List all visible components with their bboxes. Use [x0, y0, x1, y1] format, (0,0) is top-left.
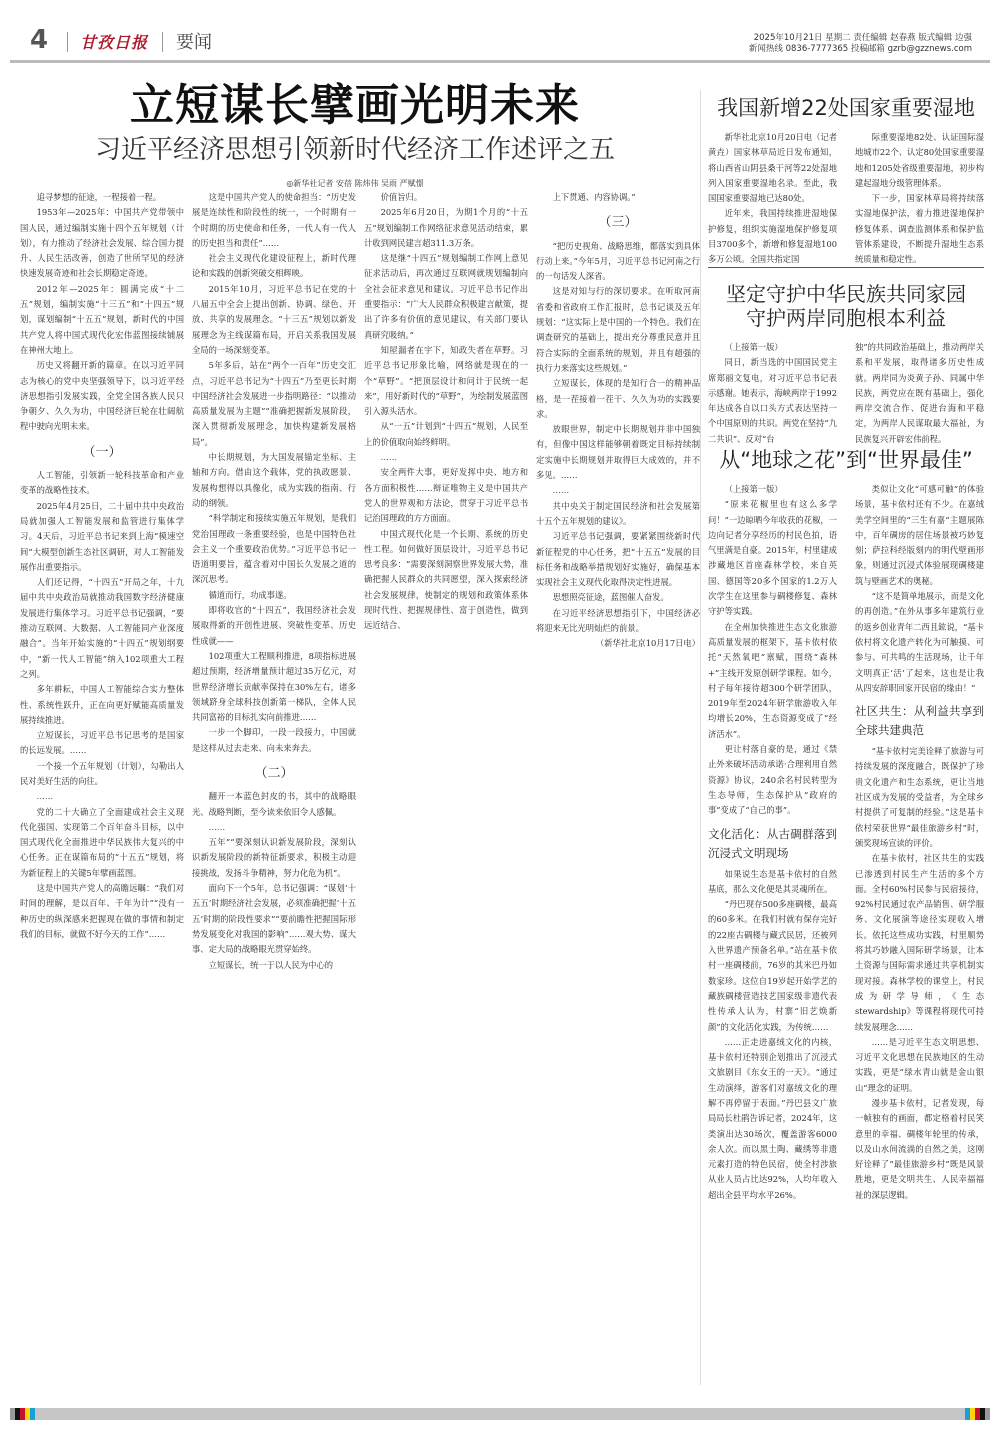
- paragraph: 放眼世界，制定中长期规划并非中国独有，但像中国这样能够朝着既定目标持续制定实施中…: [536, 422, 700, 483]
- paragraph: 从“一五”计划到“十四五”规划，人民至上的价值取向始终鲜明。: [364, 419, 528, 450]
- paragraph: 独”的共同政治基础上，推动两岸关系和平发展，取得诸多历史性成就。两岸同为炎黄子孙…: [855, 340, 984, 447]
- sidebar-column: 际重要湿地82处、认证国际湿地城市22个、认定80处国家重要湿地和1205处省级…: [855, 130, 984, 270]
- sidebar-column: （上接第一版） 同日，新当选的中国国民党主席郑丽文复电，对习近平总书记表示感谢。…: [708, 340, 837, 452]
- paragraph: ……是习近平生态文明思想、习近平文化思想在民族地区的生动实践，更是“绿水青山就是…: [855, 1035, 984, 1096]
- paragraph: 知屋漏者在宇下，知政失者在草野。习近平总书记形象比喻，网络就是现在的一个“草野”…: [364, 343, 528, 419]
- paragraph: 这是中国共产党人的高瞻远瞩：“我们对时间的理解，是以百年、千年为计”“没有一种历…: [20, 881, 184, 942]
- main-headline-block: 立短谋长擘画光明未来 习近平经济思想引领新时代经济工作述评之五 ◎新华社记者 安…: [20, 80, 690, 189]
- paragraph: 在基卡依村，社区共生的实践已渗透到村民生产生活的多个方面。全村60%村民参与民宿…: [855, 851, 984, 1035]
- paragraph: 上下贯通、内容协调。”: [536, 190, 700, 205]
- paragraph: 在全州加快推进生态文化旅游高质量发展的框架下，基卡依村依托“天然氧吧”禀赋，围绕…: [708, 620, 837, 742]
- paragraph: ……: [192, 820, 356, 835]
- paragraph: 翻开一本蓝色封皮的书，其中的战略眼光、战略判断，至今读来依旧令人感佩。: [192, 789, 356, 820]
- section-heading: （二）: [192, 766, 356, 781]
- main-article-title: 立短谋长擘画光明未来: [20, 80, 690, 132]
- section-heading: （一）: [20, 445, 184, 460]
- paragraph: 2025年4月25日，二十届中共中央政治局就加强人工智能发展和监管进行集体学习。…: [20, 499, 184, 575]
- sidebar-article-wetlands: 我国新增22处国家重要湿地 新华社北京10月20日电（记者 黄垚）国家林草局近日…: [708, 96, 984, 270]
- paragraph: 2015年10月，习近平总书记在党的十八届五中全会上提出创新、协调、绿色、开放、…: [192, 282, 356, 358]
- paragraph: 习近平总书记强调，要紧紧围绕新时代新征程党的中心任务，把“十五五”发展的目标任务…: [536, 529, 700, 590]
- paragraph: 共中央关于制定国民经济和社会发展第十五个五年规划的建议》。: [536, 499, 700, 530]
- column-divider: [700, 90, 701, 1385]
- section-heading: （三）: [536, 215, 700, 230]
- paragraph: 这是中国共产党人的使命担当：“历史发展是连续性和阶段性的统一，一个时期有一个时期…: [192, 190, 356, 251]
- paragraph: 社会主义现代化建设征程上，新时代理论和实践的创新突破交相辉映。: [192, 251, 356, 282]
- sidebar-column: 类似让文化“可感可触”的体验场景，基卡依村还有不少。在嘉绒美学空间里的“三生有嘉…: [855, 482, 984, 1417]
- paragraph: 五年”“要深刻认识新发展阶段，深刻认识新发展阶段的新特征新要求，积极主动迎接挑战…: [192, 835, 356, 881]
- date-editor-line: 2025年10月21日 星期二 责任编辑 赵春燕 版式编辑 边强: [749, 33, 972, 44]
- sidebar-subheading: 文化活化：从古碉群落到沉浸式文明现场: [708, 825, 837, 863]
- masthead: 4 甘孜日报 要闻 2025年10月21日 星期二 责任编辑 赵春燕 版式编辑 …: [0, 0, 1000, 60]
- paragraph: 下一步，国家林草局将持续落实湿地保护法，着力推进湿地保护修复体系、调查监测体系和…: [855, 191, 984, 267]
- sidebar-article-jikayi-village: 从“地球之花”到“世界最佳” （上接第一版） “原来花椒里也有这么多学问！”一边…: [708, 448, 984, 1417]
- registration-swatch: [30, 1408, 35, 1420]
- paragraph: ……正走进嘉绒文化的内核，基卡依村还特别企划推出了沉浸式文旅剧目《东女王的一天》…: [708, 1035, 837, 1203]
- paragraph: 5年多后，站在“两个一百年”历史交汇点，习近平总书记为“十四五”乃至更长时期中国…: [192, 358, 356, 450]
- paragraph: 新华社北京10月20日电（记者 黄垚）国家林草局近日发布通知，将山西省山阴县桑干…: [708, 130, 837, 206]
- sidebar-divider: [708, 267, 984, 268]
- paragraph: 际重要湿地82处、认证国际湿地城市22个、认定80处国家重要湿地和1205处省级…: [855, 130, 984, 191]
- paragraph: 立短谋长，体现的是知行合一的精神品格，是一茬接着一茬干、久久为功的实践要求。: [536, 376, 700, 422]
- paragraph: 即将收官的“十四五”，我国经济社会发展取得新的开创性进展、突破性变革、历史性成就…: [192, 603, 356, 649]
- paragraph: 更让村落自豪的是，通过《禁止外来破坏活动承诺·合理利用自然资源》协议，240余名…: [708, 742, 837, 818]
- paragraph: 历史又将翻开新的篇章。在以习近平同志为核心的党中央坚强领导下，以习近平经济思想指…: [20, 358, 184, 434]
- sidebar-subheading: 社区共生：从利益共享到全球共建典范: [855, 702, 984, 740]
- paragraph: 在习近平经济思想指引下，中国经济必将迎来无比光明灿烂的前景。: [536, 606, 700, 637]
- main-article-subtitle: 习近平经济思想引领新时代经济工作述评之五: [20, 134, 690, 166]
- paragraph: 类似让文化“可感可触”的体验场景，基卡依村还有不少。在嘉绒美学空间里的“三生有嘉…: [855, 482, 984, 589]
- paragraph: 这是对知与行的深切要求。在听取河南省委和省政府工作汇报时，总书记谈及五年规划：“…: [536, 284, 700, 376]
- paragraph: 102项重大工程顺利推进，8项指标进展超过预期，经济增量预计超过35万亿元，对世…: [192, 649, 356, 725]
- paragraph: 安全两件大事，更好发挥中央、地方和各方面积极性……辩证唯物主义是中国共产党人的世…: [364, 465, 528, 526]
- paragraph: 立短谋长，统一于以人民为中心的: [192, 958, 356, 973]
- paragraph: 同日，新当选的中国国民党主席郑丽文复电，对习近平总书记表示感谢。她表示，海峡两岸…: [708, 355, 837, 447]
- paragraph: “把历史视角、战略思维，都落实到具体行动上来。”今年5月，习近平总书记河南之行的…: [536, 239, 700, 285]
- masthead-divider: [162, 32, 163, 52]
- paragraph: ……: [20, 789, 184, 804]
- paragraph: “基卡依村完美诠释了旅游与可持续发展的深度融合，既保护了珍贵文化遗产和生态系统，…: [855, 744, 984, 851]
- paragraph: 中长期规划，为大国发展锚定坐标、主轴和方向。借由这个载体，党的执政愿景、发展构想…: [192, 450, 356, 511]
- continued-note: （上接第一版）: [708, 482, 837, 497]
- contact-line: 新闻热线 0836-7777365 投稿邮箱 gzrb@gzznews.com: [749, 44, 972, 55]
- paragraph: 立短谋长，习近平总书记思考的是国家的长远发展。……: [20, 728, 184, 759]
- sidebar-article-title-line1: 坚定守护中华民族共同家园: [708, 282, 984, 306]
- sidebar-article-title-line2: 守护两岸同胞根本利益: [708, 306, 984, 330]
- paragraph: 追寻梦想的征途，一程接着一程。: [20, 190, 184, 205]
- section-name: 要闻: [176, 28, 212, 54]
- dateline: （新华社北京10月17日电）: [536, 636, 700, 651]
- continued-note: （上接第一版）: [708, 340, 837, 355]
- sidebar-column: 独”的共同政治基础上，推动两岸关系和平发展，取得诸多历史性成就。两岸同为炎黄子孙…: [855, 340, 984, 452]
- masthead-rule: [10, 60, 990, 63]
- byline: ◎新华社记者 安蓓 陈炜伟 吴雨 严赋憬: [20, 178, 690, 189]
- registration-swatch: [985, 1408, 990, 1420]
- paragraph: 面向下一个5年，总书记强调：“谋划‘十五五’时期经济社会发展，必须准确把握‘十五…: [192, 881, 356, 957]
- paragraph: 多年耕耘，中国人工智能综合实力整体性、系统性跃升，正在向更好赋能高质量发展持续推…: [20, 682, 184, 728]
- paragraph: “丹巴现存500多座碉楼，最高的60多米。在我们村就有保存完好的22座古碉楼与藏…: [708, 897, 837, 1035]
- masthead-divider: [67, 32, 68, 52]
- sidebar-article-title: 我国新增22处国家重要湿地: [708, 96, 984, 120]
- paragraph: 中国式现代化是一个长期、系统的历史性工程。如何做好顶层设计，习近平总书记思考良多…: [364, 527, 528, 634]
- sidebar-article-title: 从“地球之花”到“世界最佳”: [708, 448, 984, 472]
- article-column-1: 追寻梦想的征途，一程接着一程。 1953年—2025年：中国共产党带领中国人民，…: [20, 190, 184, 1385]
- paragraph: 近年来，我国持续推进湿地保护修复，组织实施湿地保护修复项目3700多个，新增和修…: [708, 206, 837, 267]
- main-article-body: 追寻梦想的征途，一程接着一程。 1953年—2025年：中国共产党带领中国人民，…: [20, 190, 700, 1385]
- paragraph: 一步一个脚印，一段一段接力，中国就是这样从过去走来、向未来奔去。: [192, 725, 356, 756]
- paragraph: 人们还记得，“十四五”开局之年，十九届中共中央政治局就推动我国数字经济健康发展进…: [20, 575, 184, 682]
- sidebar-article-cross-strait: 坚定守护中华民族共同家园 守护两岸同胞根本利益 （上接第一版） 同日，新当选的中…: [708, 282, 984, 452]
- paragraph: “原来花椒里也有这么多学问！”一边晾晒今年收获的花椒，一边向记者分享经历的村民色…: [708, 497, 837, 619]
- masthead-info: 2025年10月21日 星期二 责任编辑 赵春燕 版式编辑 边强 新闻热线 08…: [749, 33, 972, 55]
- article-column-2: 这是中国共产党人的使命担当：“历史发展是连续性和阶段性的统一，一个时期有一个时期…: [192, 190, 356, 1385]
- paragraph: 人工智能，引领新一轮科技革命和产业变革的战略性技术。: [20, 468, 184, 499]
- page-number: 4: [30, 26, 48, 54]
- paragraph: 一个接一个五年规划（计划），勾勒出人民对美好生活的向往。: [20, 759, 184, 790]
- paragraph: 党的二十大确立了全面建成社会主义现代化强国、实现第二个百年奋斗目标，以中国式现代…: [20, 805, 184, 881]
- paragraph: 2012年—2025年：圆满完成“十二五”规划，编制实施“十三五”和“十四五”规…: [20, 282, 184, 358]
- paragraph: 这是继“十四五”规划编制工作网上意见征求活动后，再次通过互联网就规划编制向全社会…: [364, 251, 528, 343]
- paragraph: 价值旨归。: [364, 190, 528, 205]
- article-column-4: 上下贯通、内容协调。” （三） “把历史视角、战略思维，都落实到具体行动上来。”…: [536, 190, 700, 1385]
- paragraph: 如果说生态是基卡依村的自然基底，那么文化便是其灵魂所在。: [708, 867, 837, 898]
- paragraph: 思想照亮征途，蓝图催人奋发。: [536, 590, 700, 605]
- paragraph: 2025年6月20日，为期1个月的“十五五”规划编制工作网络征求意见活动结束，累…: [364, 205, 528, 251]
- sidebar-column: （上接第一版） “原来花椒里也有这么多学问！”一边晾晒今年收获的花椒，一边向记者…: [708, 482, 837, 1417]
- sidebar-column: 新华社北京10月20日电（记者 黄垚）国家林草局近日发布通知，将山西省山阴县桑干…: [708, 130, 837, 270]
- paragraph: ……: [536, 483, 700, 498]
- paragraph: “这不是简单地展示，而是文化的再创造。”在外从事多年建筑行业的返乡创业青年二西且…: [855, 589, 984, 696]
- print-registration-bar: [10, 1408, 990, 1420]
- paragraph: 1953年—2025年：中国共产党带领中国人民，通过编制实施十四个五年规划（计划…: [20, 205, 184, 281]
- article-column-3: 价值旨归。 2025年6月20日，为期1个月的“十五五”规划编制工作网络征求意见…: [364, 190, 528, 1385]
- paragraph: 漫步基卡依村，记者发现，每一帧独有的画面，都定格着村民笑意里的幸福、碉楼年轮里的…: [855, 1096, 984, 1203]
- paragraph: 循道而行，功成事遂。: [192, 588, 356, 603]
- paragraph: ……: [364, 450, 528, 465]
- newspaper-logo: 甘孜日报: [80, 30, 148, 53]
- paragraph: “科学制定和接续实施五年规划，是我们党治国理政一条重要经验，也是中国特色社会主义…: [192, 511, 356, 587]
